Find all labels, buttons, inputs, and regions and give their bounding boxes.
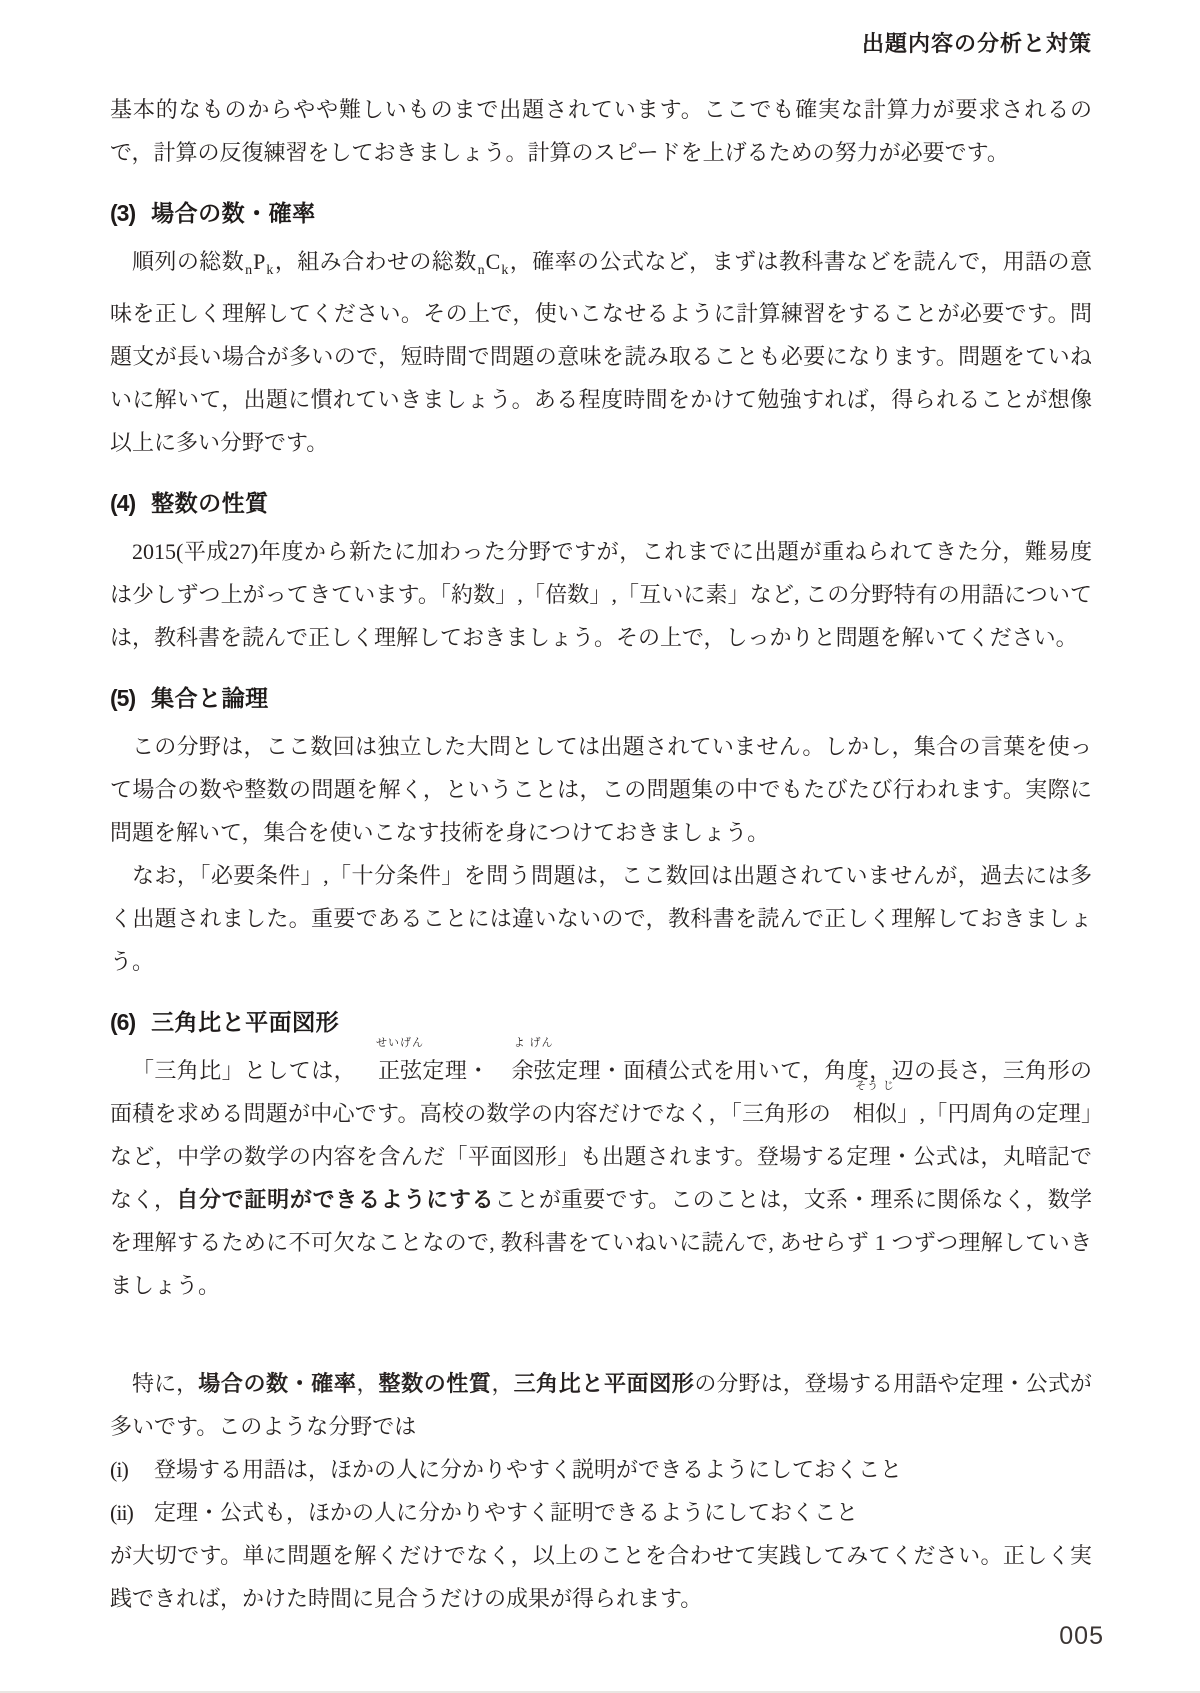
list-item-ii-text: 定理・公式も，ほかの人に分かりやすく証明できるようにしておくこと xyxy=(154,1500,858,1525)
section-5-sets-and-logic: (5)集合と論理 この分野は，ここ数回は独立した大問としては出題されていません。… xyxy=(110,680,1092,983)
section-4-paragraph: 2015(平成27)年度から新たに加わった分野ですが，これまでに出題が重ねられて… xyxy=(110,530,1092,659)
section-5-number: (5) xyxy=(110,685,135,711)
closing-lead-paragraph: 特に，場合の数・確率，整数の性質，三角比と平面図形の分野は，登場する用語や定理・… xyxy=(110,1362,1092,1448)
running-head: 出題内容の分析と対策 xyxy=(110,30,1092,58)
section-4-integer-properties: (4)整数の性質 2015(平成27)年度から新たに加わった分野ですが，これまで… xyxy=(110,485,1092,659)
section-3-paragraph: 順列の総数nPk，組み合わせの総数nCk，確率の公式など，まずは教科書などを読ん… xyxy=(110,240,1092,464)
section-6-heading: (6)三角比と平面図形 xyxy=(110,1004,1092,1040)
section-3-cases-and-probability: (3)場合の数・確率 順列の総数nPk，組み合わせの総数nCk，確率の公式など，… xyxy=(110,195,1092,464)
section-4-heading: (4)整数の性質 xyxy=(110,485,1092,521)
section-4-title: 整数の性質 xyxy=(151,490,269,516)
section-4-number: (4) xyxy=(110,490,135,516)
section-5-paragraph-2: なお，「必要条件」,「十分条件」を問う問題は，ここ数回は出題されていませんが，過… xyxy=(110,854,1092,983)
document-page: 出題内容の分析と対策 基本的なものからやや難しいものまで出題されています。ここで… xyxy=(0,0,1200,1693)
section-3-number: (3) xyxy=(110,200,135,226)
section-5-heading: (5)集合と論理 xyxy=(110,680,1092,716)
section-6-number: (6) xyxy=(110,1009,135,1035)
intro-paragraph: 基本的なものからやや難しいものまで出題されています。ここでも確実な計算力が要求さ… xyxy=(110,88,1092,174)
ruby-annotated-text: 余弦よ げん xyxy=(490,1049,556,1092)
list-item-ii-label: (ii) xyxy=(110,1491,154,1534)
section-6-paragraph: 「三角比」としては，正弦せいげん定理・余弦よ げん定理・面積公式を用いて，角度，… xyxy=(110,1049,1092,1307)
running-head-title: 出題内容の分析と対策 xyxy=(862,31,1092,56)
section-3-heading: (3)場合の数・確率 xyxy=(110,195,1092,231)
closing-tail-paragraph: が大切です。単に問題を解くだけでなく，以上のことを合わせて実践してみてください。… xyxy=(110,1534,1092,1620)
section-5-title: 集合と論理 xyxy=(151,685,269,711)
closing-block: 特に，場合の数・確率，整数の性質，三角比と平面図形の分野は，登場する用語や定理・… xyxy=(110,1362,1092,1620)
list-item-i: (i)登場する用語は，ほかの人に分かりやすく説明ができるようにしておくこと xyxy=(110,1448,1092,1491)
ruby-annotated-text: 正弦せいげん xyxy=(356,1049,422,1092)
ruby-annotated-text: 相似そう じ xyxy=(831,1092,897,1135)
section-3-title: 場合の数・確率 xyxy=(151,200,316,226)
page-number: 005 xyxy=(1059,1622,1104,1651)
list-item-i-text: 登場する用語は，ほかの人に分かりやすく説明ができるようにしておくこと xyxy=(154,1457,902,1482)
section-6-title: 三角比と平面図形 xyxy=(151,1009,339,1035)
list-item-ii: (ii)定理・公式も，ほかの人に分かりやすく証明できるようにしておくこと xyxy=(110,1491,1092,1534)
section-6-trigonometry-and-plane-figures: (6)三角比と平面図形 「三角比」としては，正弦せいげん定理・余弦よ げん定理・… xyxy=(110,1004,1092,1307)
section-5-paragraph-1: この分野は，ここ数回は独立した大問としては出題されていません。しかし，集合の言葉… xyxy=(110,725,1092,854)
list-item-i-label: (i) xyxy=(110,1448,154,1491)
